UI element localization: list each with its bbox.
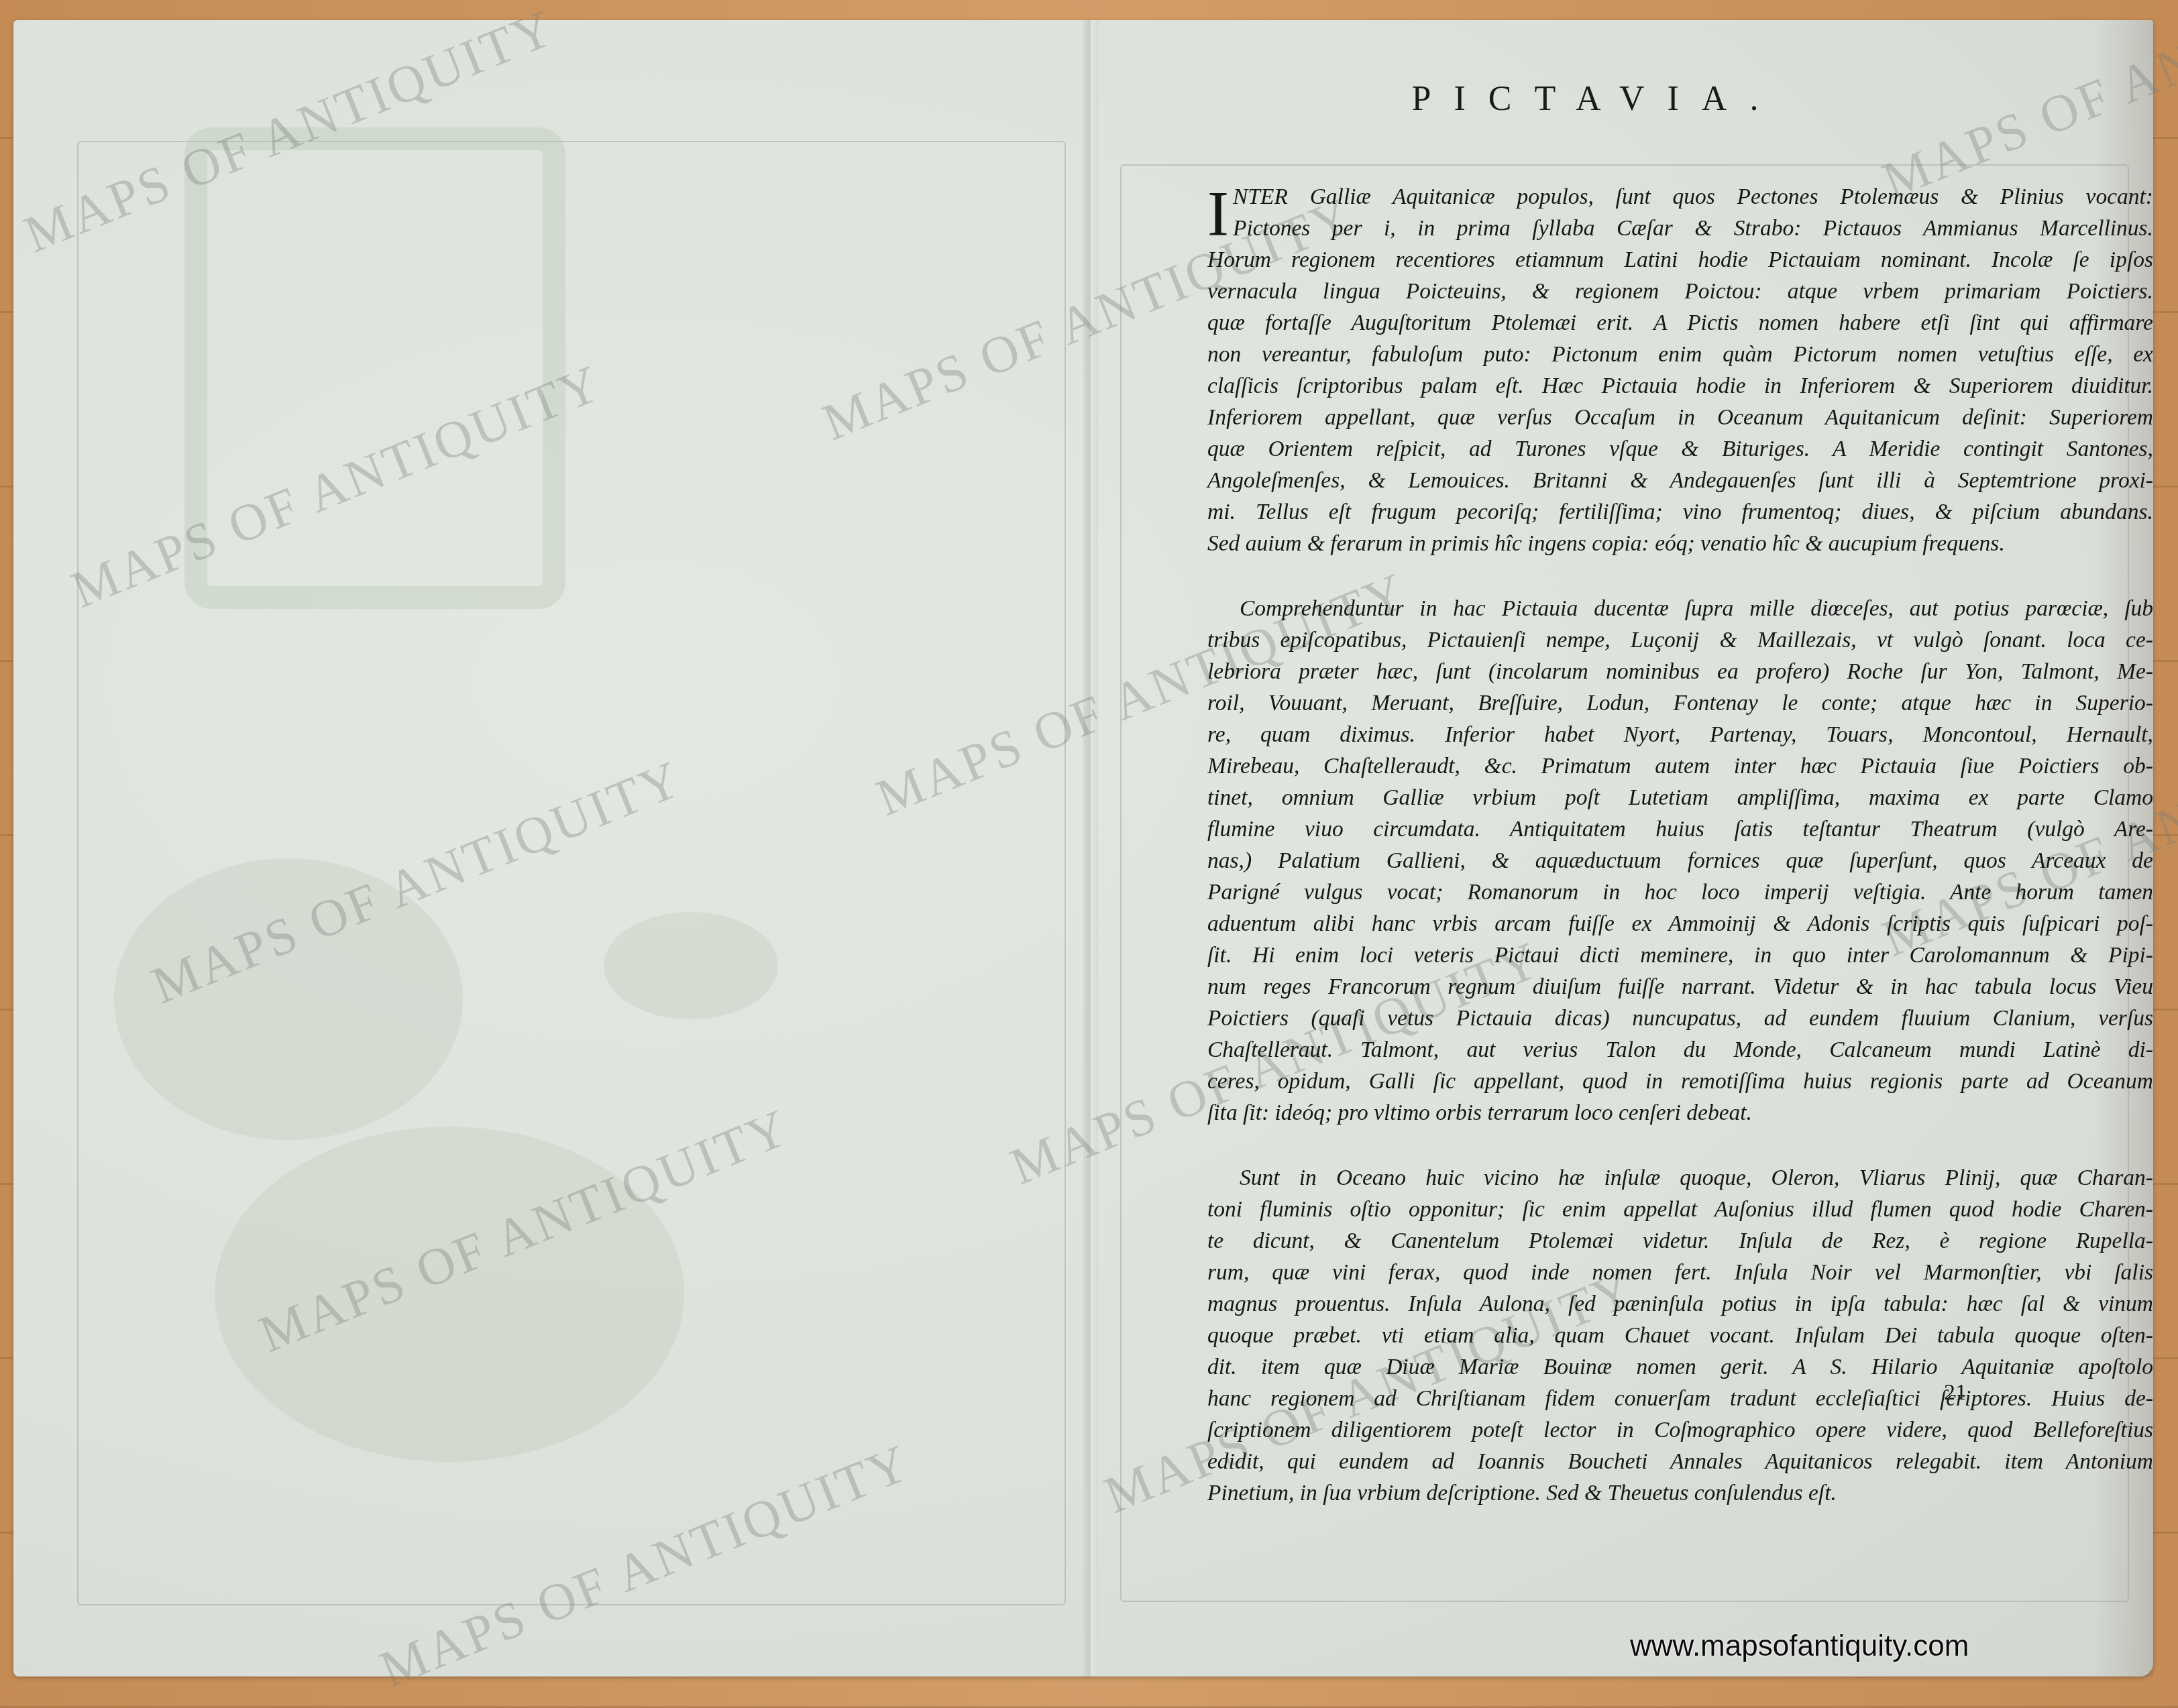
text-line: ſcriptionem diligentiorem poteſt lector … (1207, 1414, 2153, 1446)
text-line: re, quam diximus. Inferior habet Nyort, … (1207, 719, 2153, 750)
text-line: mi. Tellus eſt frugum pecoriſq; fertiliſ… (1207, 496, 2153, 528)
text-line: Sed auium & ferarum in primis hîc ingens… (1207, 528, 2153, 559)
paragraph-2: Comprehenduntur in hac Pictauia ducentæ … (1207, 593, 2153, 1129)
center-fold (1083, 20, 1098, 1676)
text-line: toni fluminis oſtio opponitur; ſic enim … (1207, 1194, 2153, 1225)
paragraph-3: Sunt in Oceano huic vicino hæ inſulæ quo… (1207, 1162, 2153, 1509)
text-line: hanc regionem ad Chriſtianam fidem conue… (1207, 1383, 2153, 1414)
text-line: te dicunt, & Canentelum Ptolemæi videtur… (1207, 1225, 2153, 1257)
showthrough-mark (604, 912, 778, 1019)
text-line: non vereantur, fabuloſum puto: Pictonum … (1207, 339, 2153, 370)
text-line: NTER Galliæ Aquitanicæ populos, ſunt quo… (1207, 181, 2153, 213)
text-line: quæ fortaſſe Auguſtoritum Ptolemæi erit.… (1207, 307, 2153, 339)
text-line: vernacula lingua Poicteuins, & regionem … (1207, 276, 2153, 307)
text-line: Sunt in Oceano huic vicino hæ inſulæ quo… (1207, 1162, 2153, 1194)
text-line: ceres, opidum, Galli ſic appellant, quod… (1207, 1066, 2153, 1097)
text-line: tribus epiſcopatibus, Pictauienſi nempe,… (1207, 624, 2153, 656)
description-text: I NTER Galliæ Aquitanicæ populos, ſunt q… (1207, 181, 2153, 1542)
website-watermark: www.mapsofantiquity.com (1630, 1630, 1969, 1663)
text-line: Poictiers (quaſi vetus Pictauia dicas) n… (1207, 1003, 2153, 1034)
text-line: quæ Orientem reſpicit, ad Turones vſque … (1207, 433, 2153, 465)
text-line: aduentum alibi hanc vrbis arcam fuiſſe e… (1207, 908, 2153, 940)
text-line: Pictones per i, in prima ſyllaba Cæſar &… (1207, 213, 2153, 244)
text-line: ſit. Hi enim loci veteris Pictaui dicti … (1207, 940, 2153, 971)
text-line: Pinetium, in ſua vrbium deſcriptione. Se… (1207, 1477, 2153, 1509)
text-line: claſſicis ſcriptoribus palam eſt. Hæc Pi… (1207, 370, 2153, 402)
text-line: flumine viuo circumdata. Antiquitatem hu… (1207, 813, 2153, 845)
text-line: quoque præbet. vti etiam alia, quam Chau… (1207, 1320, 2153, 1351)
text-line: rum, quæ vini ferax, quod inde nomen fer… (1207, 1257, 2153, 1288)
text-line: Mirebeau, Chaſtelleraudt, &c. Primatum a… (1207, 750, 2153, 782)
text-line: magnus prouentus. Inſula Aulona, ſed pæn… (1207, 1288, 2153, 1320)
text-line: Inferiorem appellant, quæ verſus Occaſum… (1207, 402, 2153, 433)
paragraph-1: I NTER Galliæ Aquitanicæ populos, ſunt q… (1207, 181, 2153, 559)
text-line: Horum regionem recentiores etiamnum Lati… (1207, 244, 2153, 276)
text-line: ſita ſit: ideóq; pro vltimo orbis terrar… (1207, 1097, 2153, 1129)
dropcap: I (1207, 185, 1229, 243)
text-line: Parigné vulgus vocat; Romanorum in hoc l… (1207, 876, 2153, 908)
text-line: tinet, omnium Galliæ vrbium poſt Lutetia… (1207, 782, 2153, 813)
text-line: edidit, qui eundem ad Ioannis Boucheti A… (1207, 1446, 2153, 1477)
text-line: Chaſtelleraut. Talmont, aut verius Talon… (1207, 1034, 2153, 1066)
page-number: 21 (1944, 1380, 1967, 1406)
page-title: PICTAVIA. (1194, 79, 1999, 119)
text-line: Angoleſmenſes, & Lemouices. Britanni & A… (1207, 465, 2153, 496)
text-line: dit. item quæ Diuæ Mariæ Bouinæ nomen ge… (1207, 1351, 2153, 1383)
text-line: num reges Francorum regnum diuiſum fuiſſ… (1207, 971, 2153, 1003)
text-line: Comprehenduntur in hac Pictauia ducentæ … (1207, 593, 2153, 624)
text-line: roil, Vouuant, Meruant, Breſſuire, Lodun… (1207, 687, 2153, 719)
text-line: lebriora præter hæc, ſunt (incolarum nom… (1207, 656, 2153, 687)
text-line: nas,) Palatium Gallieni, & aquæductuum f… (1207, 845, 2153, 876)
